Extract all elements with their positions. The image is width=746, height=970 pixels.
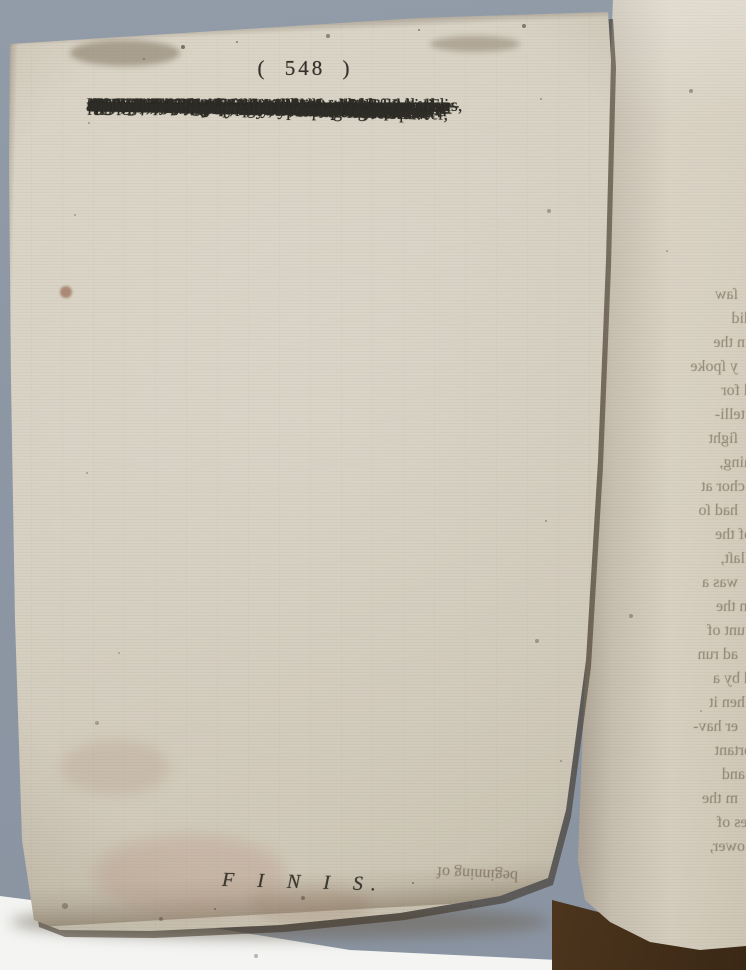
paper-stain: [60, 740, 170, 795]
show-through-text: m the: [618, 790, 738, 808]
show-through-text: was a: [618, 574, 738, 592]
show-through-text: had ſo: [618, 502, 738, 520]
show-through-text: did: [632, 310, 746, 328]
paper-stain: [60, 286, 72, 298]
show-through-text: d for: [632, 382, 746, 400]
show-through-text: ſight: [618, 430, 738, 448]
paper-specks: [0, 0, 2, 2]
show-through-text: and: [625, 766, 745, 784]
show-through-text: d by a: [632, 670, 746, 688]
show-through-text: ower,: [625, 838, 745, 856]
show-through-text: in the: [632, 598, 746, 616]
show-through-text: ad run: [618, 646, 738, 664]
show-through-text: laſt,: [625, 550, 745, 568]
page-number: ( 548 ): [95, 56, 515, 81]
show-through-text: of the: [632, 526, 746, 544]
show-through-text: unt of: [625, 622, 745, 640]
show-through-text: telli-: [625, 406, 745, 424]
show-through-text: ortant: [632, 742, 746, 760]
paper-stain: [430, 36, 520, 52]
show-through-text: hen it: [625, 694, 745, 712]
show-through-text: ning,: [632, 454, 746, 472]
show-through-text: ies of: [632, 814, 746, 832]
show-through-text: n the: [625, 334, 745, 352]
show-through-text: er hav-: [618, 718, 738, 736]
show-through-text: chor at: [625, 478, 745, 496]
show-through-text: ſaw: [618, 286, 738, 304]
book-photo: ſawdidn they ſpoked fortelli-ſightning,c…: [0, 0, 746, 970]
show-through-text: y ſpoke: [618, 358, 738, 376]
